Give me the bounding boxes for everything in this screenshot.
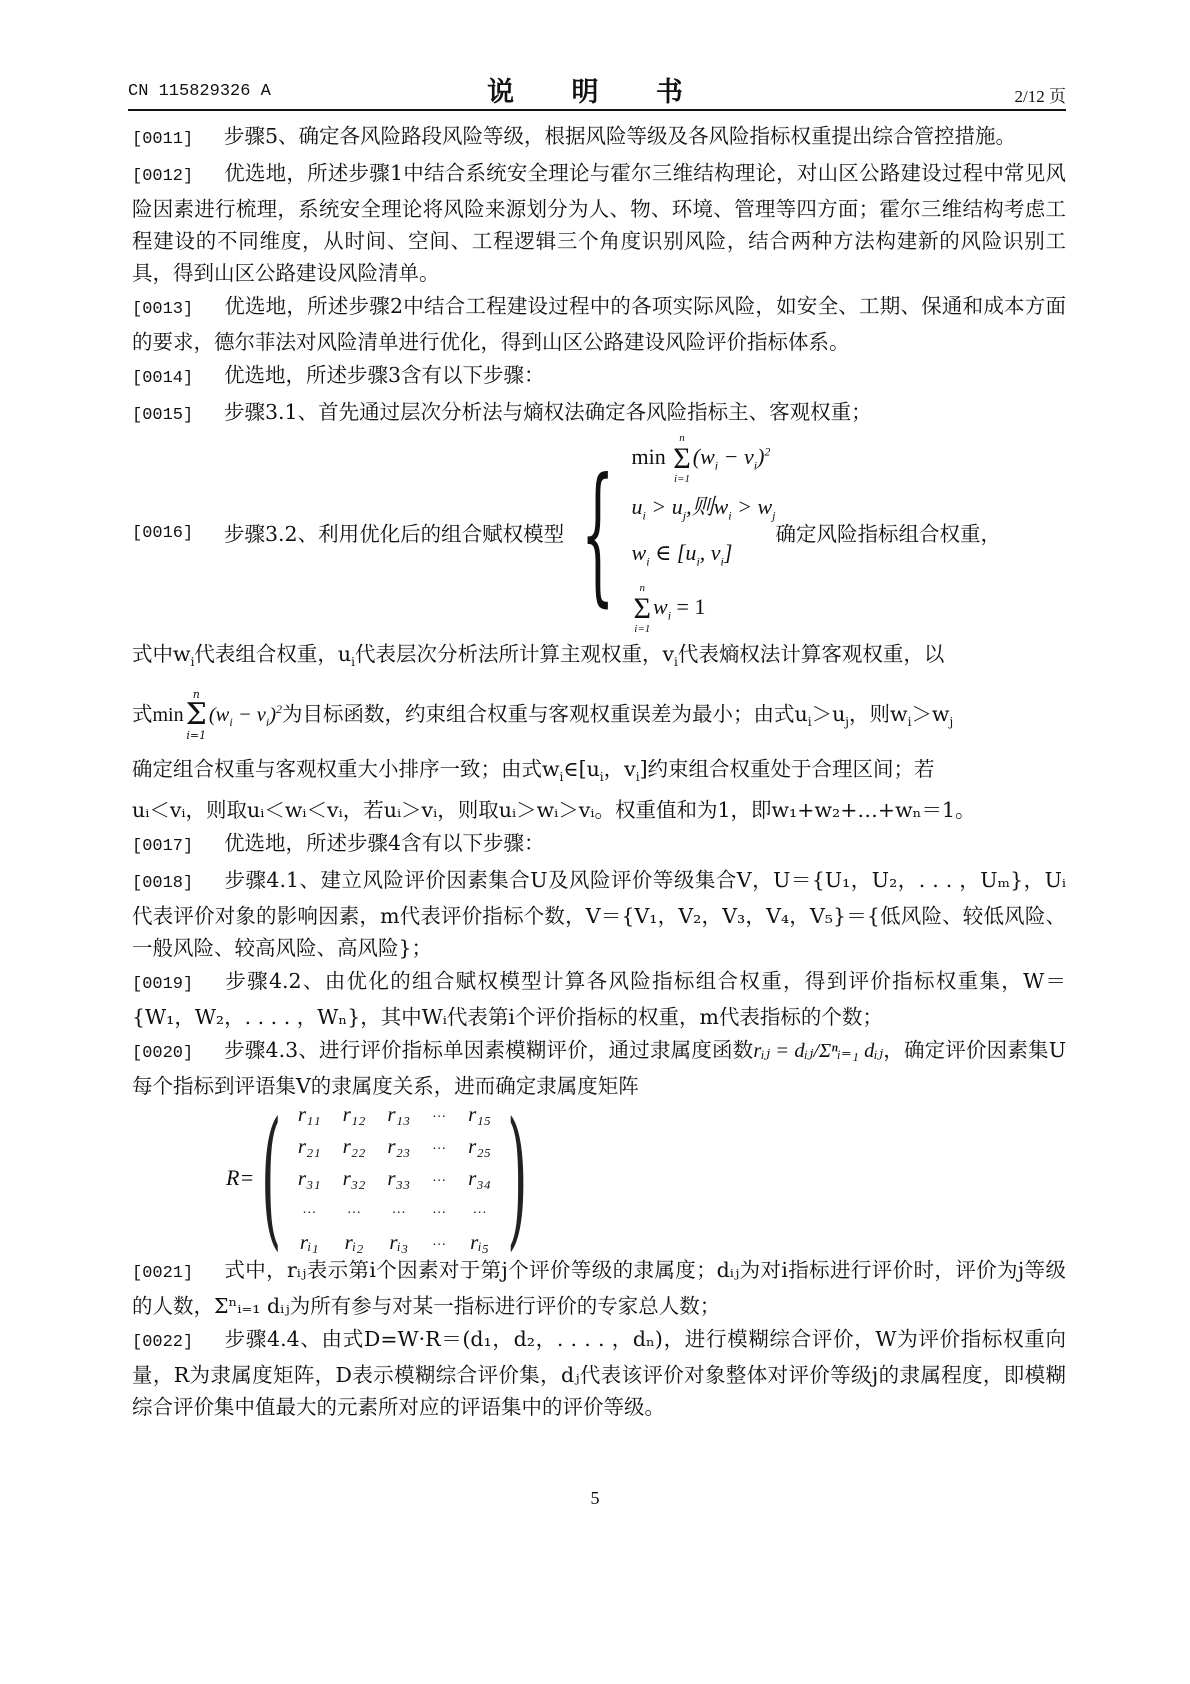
document-body: [0011]步骤5、确定各风险路段风险等级，根据风险等级及各风险指标权重提出综合… — [132, 120, 1066, 1424]
paragraph-0016-explanation-3: 确定组合权重与客观权重大小排序一致；由式wi∈[ui，vi]约束组合权重处于合理… — [132, 753, 1066, 793]
left-paren: ( — [261, 1103, 281, 1253]
text-segment: ，v — [604, 757, 636, 781]
paragraph-text: 优选地，所述步骤1中结合系统安全理论与霍尔三维结构理论，对山区公路建设过程中常见… — [132, 161, 1066, 285]
matrix-row: r₂₁ r₂₂ r₂₃ … r₂₅ — [287, 1130, 502, 1162]
paragraph-number: [0020] — [132, 1038, 224, 1070]
page-header: CN 115829326 A 说 明 书 2/12 页 — [128, 74, 1066, 104]
equation-objective: min nΣi=1(wi − vi)2 — [632, 433, 776, 485]
paragraph-0017: [0017]优选地，所述步骤4含有以下步骤： — [132, 827, 1066, 863]
text-segment: ＞w — [911, 702, 949, 726]
sigma-symbol: nΣi=1 — [186, 689, 207, 741]
sigma-symbol: nΣi=1 — [634, 583, 651, 635]
paragraph-0016-explanation-2: 式minnΣi=1(wi − vi)2为目标函数，约束组合权重与客观权重误差为最… — [132, 679, 1066, 752]
matrix-cell: r₁₂ — [332, 1098, 377, 1130]
paragraph-number: [0016] — [132, 518, 224, 550]
text-segment: ，则w — [849, 702, 908, 726]
paragraph-number: [0011] — [132, 124, 224, 156]
matrix-cell: … — [421, 1226, 457, 1258]
paragraph-0022: [0022]步骤4.4、由式D=W·R＝(d₁，d₂，. . . . ，dₙ)，… — [132, 1323, 1066, 1423]
page-indicator: 2/12 页 — [1015, 82, 1066, 107]
matrix-cell: rᵢ₅ — [457, 1226, 502, 1258]
paragraph-number: [0015] — [132, 400, 224, 432]
paragraph-0016: [0016] 步骤3.2、利用优化后的组合赋权模型 { min nΣi=1(wi… — [132, 434, 1066, 634]
paragraph-0015: [0015]步骤3.1、首先通过层次分析法与熵权法确定各风险指标主、客观权重； — [132, 396, 1066, 432]
matrix-row: … … … … … — [287, 1194, 502, 1226]
sigma-symbol: nΣi=1 — [673, 433, 690, 485]
matrix-cell: r₂₃ — [376, 1130, 421, 1162]
matrix-cell: rᵢ₂ — [332, 1226, 377, 1258]
sum-equals: = 1 — [671, 594, 705, 619]
matrix-cell: … — [287, 1194, 332, 1226]
paragraph-text: 优选地，所述步骤3含有以下步骤： — [224, 363, 545, 387]
paragraph-0011: [0011]步骤5、确定各风险路段风险等级，根据风险等级及各风险指标权重提出综合… — [132, 120, 1066, 156]
equation-interval-constraint: wi ∈ [ui, vi] — [632, 537, 776, 577]
paragraph-number: [0012] — [132, 161, 224, 193]
left-brace: { — [581, 459, 614, 609]
header-rule — [128, 109, 1066, 111]
equation-order-constraint: ui > uj,则wi > wj — [632, 491, 776, 531]
matrix-cell: r₁₃ — [376, 1098, 421, 1130]
paragraph-number: [0019] — [132, 969, 224, 1001]
matrix-cell: rᵢ₁ — [287, 1226, 332, 1258]
matrix-cell: r₁₁ — [287, 1098, 332, 1130]
right-paren: ) — [507, 1103, 527, 1253]
paragraph-text: 步骤4.4、由式D=W·R＝(d₁，d₂，. . . . ，dₙ)，进行模糊综合… — [132, 1327, 1066, 1419]
page-footer: 5 — [0, 1488, 1190, 1509]
matrix-cell: r₃₁ — [287, 1162, 332, 1194]
paragraph-0016-explanation: 式中wi代表组合权重，ui代表层次分析法所计算主观权重，vi代表熵权法计算客观权… — [132, 638, 1066, 678]
text-segment: 为目标函数，约束组合权重与客观权重误差为最小；由式u — [282, 702, 808, 726]
min-label: min — [632, 444, 666, 469]
equation-sum-constraint: nΣi=1wi = 1 — [632, 583, 776, 635]
paragraph-number: [0022] — [132, 1327, 224, 1359]
matrix-cell: … — [376, 1194, 421, 1226]
text-segment: 式 — [132, 702, 153, 726]
text-segment: 代表层次分析法所计算主观权重，v — [355, 642, 674, 666]
matrix-cell: … — [421, 1194, 457, 1226]
paragraph-text: 优选地，所述步骤4含有以下步骤： — [224, 831, 545, 855]
matrix-cell: r₂₁ — [287, 1130, 332, 1162]
equation-lines: min nΣi=1(wi − vi)2 ui > uj,则wi > wj wi … — [632, 433, 776, 636]
paragraph-text-before: 步骤4.3、进行评价指标单因素模糊评价，通过隶属度函数 — [224, 1038, 753, 1062]
paragraph-text: 步骤3.1、首先通过层次分析法与熵权法确定各风险指标主、客观权重； — [224, 400, 872, 424]
membership-formula: rᵢⱼ = dᵢⱼ/Σⁿᵢ₌₁ dᵢⱼ — [753, 1040, 883, 1062]
sum-lower: i=1 — [634, 624, 650, 635]
patent-page: CN 115829326 A 说 明 书 2/12 页 [0011]步骤5、确定… — [0, 0, 1190, 1684]
matrix-cell: … — [457, 1194, 502, 1226]
paragraph-0016-explanation-4: uᵢ＜vᵢ，则取uᵢ＜wᵢ＜vᵢ，若uᵢ＞vᵢ，则取uᵢ＞wᵢ＞vᵢ。权重值和为… — [132, 794, 1066, 826]
sum-lower: i=1 — [674, 474, 690, 485]
matrix-cell: r₃₃ — [376, 1162, 421, 1194]
paragraph-number: [0013] — [132, 294, 224, 326]
equation-system: { min nΣi=1(wi − vi)2 ui > uj,则wi > wj w… — [564, 433, 775, 636]
text-segment: uᵢ＜vᵢ，则取uᵢ＜wᵢ＜vᵢ，若uᵢ＞vᵢ，则取uᵢ＞wᵢ＞vᵢ。权重值和为… — [132, 798, 976, 822]
paragraph-0013: [0013]优选地，所述步骤2中结合工程建设过程中的各项实际风险，如安全、工期、… — [132, 290, 1066, 358]
paragraph-text-before: 步骤3.2、利用优化后的组合赋权模型 — [224, 518, 564, 550]
paragraph-text: 步骤4.1、建立风险评价因素集合U及风险评价等级集合V，U＝{U₁，U₂，. .… — [132, 868, 1066, 960]
matrix-cell: r₃₂ — [332, 1162, 377, 1194]
text-segment: ]约束组合权重处于合理区间；若 — [640, 757, 935, 781]
paragraph-text-after: 确定风险指标组合权重， — [776, 518, 1002, 550]
paragraph-text: 步骤5、确定各风险路段风险等级，根据风险等级及各风险指标权重提出综合管控措施。 — [224, 124, 1016, 148]
paragraph-0018: [0018]步骤4.1、建立风险评价因素集合U及风险评价等级集合V，U＝{U₁，… — [132, 864, 1066, 964]
matrix-cell: … — [421, 1098, 457, 1130]
document-title: 说 明 书 — [128, 70, 1066, 109]
text-segment: 代表熵权法计算客观权重，以 — [678, 642, 945, 666]
text-segment: 确定组合权重与客观权重大小排序一致；由式w — [132, 757, 560, 781]
paragraph-text: 优选地，所述步骤2中结合工程建设过程中的各项实际风险，如安全、工期、保通和成本方… — [132, 294, 1066, 354]
paragraph-text: 式中，rᵢⱼ表示第i个因素对于第j个评价等级的隶属度；dᵢⱼ为对i指标进行评价时… — [132, 1258, 1066, 1318]
matrix-cell: r₁₅ — [457, 1098, 502, 1130]
matrix-table: r₁₁ r₁₂ r₁₃ … r₁₅ r₂₁ r₂₂ r₂₃ … r₂₅ r₃₁ … — [287, 1098, 502, 1258]
matrix-cell: rᵢ₃ — [376, 1226, 421, 1258]
paragraph-0014: [0014]优选地，所述步骤3含有以下步骤： — [132, 359, 1066, 395]
paragraph-0019: [0019]步骤4.2、由优化的组合赋权模型计算各风险指标组合权重，得到评价指标… — [132, 965, 1066, 1033]
paragraph-number: [0017] — [132, 831, 224, 863]
paragraph-0012: [0012]优选地，所述步骤1中结合系统安全理论与霍尔三维结构理论，对山区公路建… — [132, 157, 1066, 289]
matrix-row: r₁₁ r₁₂ r₁₃ … r₁₅ — [287, 1098, 502, 1130]
text-segment: 式中w — [132, 642, 191, 666]
matrix-cell: r₃₄ — [457, 1162, 502, 1194]
matrix-cell: … — [421, 1130, 457, 1162]
matrix-row: r₃₁ r₃₂ r₃₃ … r₃₄ — [287, 1162, 502, 1194]
membership-matrix: R= ( r₁₁ r₁₂ r₁₃ … r₁₅ r₂₁ r₂₂ r₂₃ … r₂₅ — [226, 1108, 1066, 1248]
page-number: 5 — [591, 1488, 600, 1508]
text-segment: 代表组合权重，u — [194, 642, 351, 666]
matrix-cell: … — [421, 1162, 457, 1194]
matrix-cell: … — [332, 1194, 377, 1226]
text-segment: ＞u — [812, 702, 846, 726]
matrix-cell: r₂₅ — [457, 1130, 502, 1162]
matrix-row: rᵢ₁ rᵢ₂ rᵢ₃ … rᵢ₅ — [287, 1226, 502, 1258]
paragraph-number: [0018] — [132, 868, 224, 900]
text-segment: ∈[u — [563, 757, 599, 781]
matrix-label: R= — [226, 1162, 254, 1194]
paragraph-number: [0021] — [132, 1258, 224, 1290]
matrix-cell: r₂₂ — [332, 1130, 377, 1162]
paragraph-text: 步骤4.2、由优化的组合赋权模型计算各风险指标组合权重，得到评价指标权重集，W＝… — [132, 969, 1066, 1029]
paragraph-number: [0014] — [132, 363, 224, 395]
